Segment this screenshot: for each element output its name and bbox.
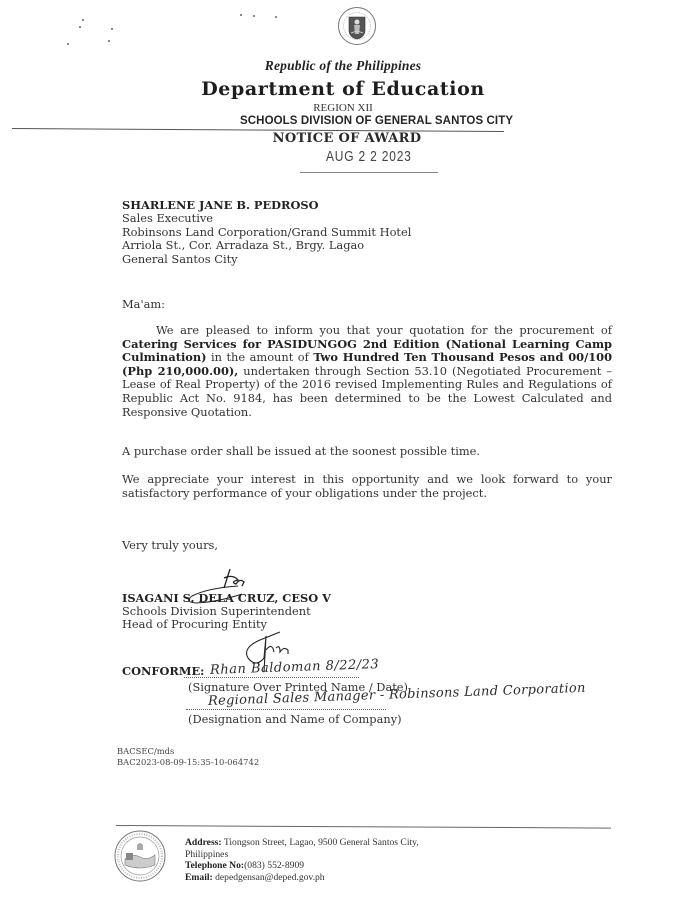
scan-speck [111, 28, 113, 30]
conforme-signature-icon [222, 628, 302, 688]
scan-speck [240, 14, 242, 16]
reference-block: BACSEC/mds BAC2023-08-09-15:35-10-064742 [117, 746, 259, 767]
footer-contact: Address: Tiongson Street, Lagao, 9500 Ge… [185, 837, 419, 883]
salutation: Ma'am: [122, 297, 165, 311]
recipient-city: General Santos City [122, 253, 411, 266]
reference-code: BAC2023-08-09-15:35-10-064742 [117, 757, 259, 768]
scan-speck [275, 16, 277, 18]
document-page: { "header": { "seal_icon": "deped-seal-i… [0, 0, 686, 905]
footer-divider [116, 825, 611, 829]
scan-speck [67, 43, 69, 45]
date-stamp: AUG 2 2 2023 [326, 148, 412, 165]
scan-speck [79, 26, 81, 28]
closing: Very truly yours, [122, 538, 218, 552]
p1-amount-intro: in the amount of [207, 350, 314, 364]
recipient-name: SHARLENE JANE B. PEDROSO [122, 199, 411, 212]
scan-speck [108, 40, 110, 42]
p1-intro: We are pleased to inform you that your q… [156, 323, 612, 337]
footer-email: Email: depedgensan@deped.gov.ph [185, 872, 419, 884]
email-link[interactable]: depedgensan@deped.gov.ph [215, 872, 324, 883]
recipient-street: Arriola St., Cor. Arradaza St., Brgy. La… [122, 239, 411, 252]
footer-address: Address: Tiongson Street, Lagao, 9500 Ge… [185, 837, 419, 849]
designation-caption: (Designation and Name of Company) [188, 712, 402, 726]
scan-speck [82, 19, 84, 21]
recipient-company: Robinsons Land Corporation/Grand Summit … [122, 226, 411, 239]
recipient-block: SHARLENE JANE B. PEDROSO Sales Executive… [122, 199, 411, 266]
scan-speck [253, 15, 255, 17]
body-paragraph-2: A purchase order shall be issued at the … [122, 445, 612, 459]
republic-heading: Republic of the Philippines [0, 58, 686, 74]
reference-initials: BACSEC/mds [117, 746, 259, 757]
signature-line [184, 677, 359, 678]
division-seal-icon [113, 829, 167, 883]
date-underline [300, 172, 438, 173]
designation-line [186, 709, 386, 710]
region-heading: REGION XII [0, 102, 686, 114]
conforme-label: CONFORME: [122, 664, 204, 678]
footer-address-line2: Philippines [185, 849, 419, 861]
document-title: NOTICE OF AWARD [0, 131, 686, 146]
deped-seal-icon [337, 6, 377, 46]
body-paragraph-1: We are pleased to inform you that your q… [122, 324, 612, 419]
signatory-block: ISAGANI S. DELA CRUZ, CESO V Schools Div… [122, 592, 331, 632]
footer-telephone: Telephone No:(083) 552-8909 [185, 860, 419, 872]
recipient-position: Sales Executive [122, 212, 411, 225]
division-heading: SCHOOLS DIVISION OF GENERAL SANTOS CITY [240, 115, 513, 127]
department-heading: Department of Education [0, 78, 686, 100]
body-paragraph-3: We appreciate your interest in this oppo… [122, 473, 612, 500]
